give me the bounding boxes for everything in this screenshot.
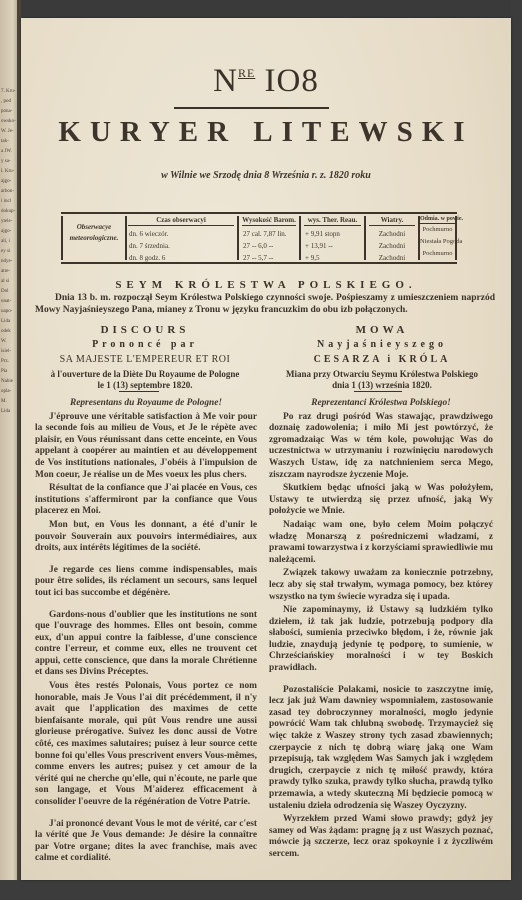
meteo-therm-col: wys. Ther. Reau. + 9,91 stopn + 13,91 --… [301, 216, 366, 260]
right-heading-mowa: MOWA [271, 324, 493, 336]
polish-speech-column: Reprezentanci Królestwa Polskiego! Po ra… [269, 398, 493, 863]
meteo-cell: + 9,91 stopn [301, 228, 364, 240]
left-column-rule [119, 391, 159, 392]
meteorological-table: Obserwacye meteorologiczne. Czas obserwa… [61, 212, 457, 264]
adjacent-page-line: i incl [1, 198, 17, 205]
meteo-cell: 27 -- 6,0 -- [239, 240, 299, 252]
meteo-header: Wysokość Barom. [242, 216, 296, 226]
meteo-sky-col: Odmia. w powie. Pochmurno Niestała Pogod… [420, 216, 457, 260]
left-heading-discours: DISCOURS [35, 324, 255, 336]
section-title: SEYM KRÓLESTWA POLSKIEGO. [21, 279, 511, 291]
french-paragraph: Mon but, en Vous les donnant, a été d'un… [35, 520, 257, 555]
adjacent-page-line: l. Kru- [1, 168, 17, 175]
background-edge-bottom [0, 880, 522, 900]
meteo-header: Wiatry. [369, 216, 415, 226]
issue-value: IO8 [265, 63, 319, 99]
adjacent-page-line: Pia [1, 368, 17, 375]
meteo-cell: Pochmurno [420, 224, 455, 236]
meteo-cell: Zachodni [366, 252, 418, 264]
meteo-cell: 27 -- 5,7 -- [239, 252, 299, 264]
dateline: w Wilnie we Srzodę dnia 8 Września r. z.… [21, 170, 511, 181]
meteo-header: Odmia. w powie. [420, 216, 455, 224]
meteo-cell: dn. 8 godz. 6 [125, 252, 237, 264]
adjacent-page-line: a JW. [1, 148, 17, 155]
left-heading-date: le 1 (13) septembre 1820. [35, 380, 255, 391]
meteo-label: Obserwacye meteorologiczne. [63, 216, 125, 244]
meteo-barom-col: Wysokość Barom. 27 cal. 7,87 lin. 27 -- … [239, 216, 301, 260]
adjacent-page-line: W. [1, 338, 17, 345]
meteo-cell: Zachodni [366, 228, 418, 240]
masthead-title: KURYER LITEWSKI [21, 116, 511, 149]
meteo-label-col: Obserwacye meteorologiczne. [61, 216, 127, 260]
adjacent-page-line: , pod [1, 98, 17, 105]
right-heading-occasion-line: Miana przy Otwarciu Seymu Królestwa Pols… [271, 369, 493, 380]
adjacent-page-line: tak- [1, 138, 17, 145]
meteo-cell: Pochmurno [420, 248, 455, 260]
adjacent-page-line: opla- [1, 388, 17, 395]
meteo-header: Czas obserwacyi [128, 216, 234, 226]
adjacent-page-line: pona- [1, 108, 17, 115]
polish-paragraph: Pozostaliście Polakami, nosicie to zaszc… [269, 685, 493, 813]
right-heading-occasion: Miana przy Otwarciu Seymu Królestwa Pols… [271, 369, 493, 391]
french-greeting: Representans du Royaume de Pologne! [35, 398, 257, 410]
adjacent-page-edge: 7. Kru-, podpona-owsko-W. Je-tak-a JW.y … [0, 0, 18, 900]
polish-paragraph: Nadaiąc wam one, było celem Moim połączy… [269, 520, 493, 566]
issue-number: NRE IO8 [21, 63, 511, 100]
adjacent-page-line: Dol [1, 288, 17, 295]
meteo-cell: Niestała Pogoda [420, 236, 455, 248]
adjacent-page-line: owsko- [1, 118, 17, 125]
adjacent-page-line: al si [1, 278, 17, 285]
polish-paragraph: Wyrzekłem przed Wami słowo prawdy; gdyż … [269, 814, 493, 860]
right-column-rule [354, 391, 402, 392]
issue-prefix: N [213, 63, 238, 99]
adjacent-page-line: Prz. [1, 358, 17, 365]
newspaper-page: NRE IO8 KURYER LITEWSKI w Wilnie we Srzo… [21, 18, 511, 880]
meteo-cell: dn. 6 wieczór. [125, 228, 237, 240]
adjacent-page-line: ajgo- [1, 178, 17, 185]
french-paragraph: Je regarde ces liens comme indispensable… [35, 565, 257, 600]
adjacent-page-line: ali, i [1, 238, 17, 245]
adjacent-page-line: ndye- [1, 258, 17, 265]
adjacent-page-line: uapo- [1, 308, 17, 315]
french-paragraph: J'éprouve une véritable satisfaction à M… [35, 412, 257, 482]
adjacent-page-line: dokup- [1, 208, 17, 215]
adjacent-page-line: Nabie [1, 378, 17, 385]
intro-paragraph: Dnia 13 b. m. rozpoczął Seym Królestwa P… [35, 292, 495, 316]
adjacent-page-line: ytele- [1, 218, 17, 225]
right-heading-cesarza: CESARZA i KRÓLA [271, 354, 493, 365]
adjacent-page-line: atre- [1, 268, 17, 275]
adjacent-page-line: M. [1, 398, 17, 405]
polish-paragraph: Po raz drugi pośród Was stawając, prawdz… [269, 412, 493, 482]
adjacent-page-line: 7. Kru- [1, 88, 17, 95]
polish-greeting: Reprezentanci Królestwa Polskiego! [269, 398, 493, 410]
right-heading-nayjasnieyszego: Nayjaśnieyszego [271, 339, 493, 350]
left-heading-occasion: à l'ouverture de la Diète Du Royaume de … [35, 369, 255, 391]
background-edge [511, 0, 522, 900]
polish-paragraph: Nie zapominaymy, iż Ustawy są ludzkiém t… [269, 605, 493, 675]
issue-sup: RE [238, 66, 255, 80]
french-paragraph: Vous êtes restés Polonais, Vous portez c… [35, 681, 257, 809]
french-speech-column: Representans du Royaume de Pologne! J'ép… [35, 398, 257, 867]
adjacent-page-line: unat- [1, 298, 17, 305]
meteo-cell: Zachodni [366, 240, 418, 252]
adjacent-page-line: ajgo- [1, 228, 17, 235]
meteo-wind-col: Wiatry. Zachodni Zachodni Zachodni [366, 216, 420, 260]
polish-paragraph: Skutkiem będąc ufności jaką w Was położy… [269, 483, 493, 518]
right-heading-date: dnia 1 (13) września 1820. [271, 380, 493, 391]
left-heading-occasion-line: à l'ouverture de la Diète Du Royaume de … [35, 369, 255, 380]
adjacent-page-line: y sa- [1, 158, 17, 165]
meteo-header: wys. Ther. Reau. [304, 216, 361, 226]
adjacent-page-line: Lida [1, 408, 17, 415]
adjacent-page-line: ey si [1, 248, 17, 255]
meteo-time-col: Czas obserwacyi dn. 6 wieczór. dn. 7 śrz… [125, 216, 239, 260]
french-paragraph: Résultat de la confiance que J'ai placée… [35, 483, 257, 518]
french-paragraph: Gardons-nous d'oublier que les instituti… [35, 610, 257, 680]
adjacent-page-line: arbon- [1, 188, 17, 195]
meteo-cell: + 13,91 -- [301, 240, 364, 252]
french-paragraph: J'ai prononcé devant Vous le mot de véri… [35, 819, 257, 865]
left-heading-prononce: Prononcé par [35, 339, 255, 350]
polish-paragraph: Związek takowy uważam za koniecznie potr… [269, 568, 493, 603]
meteo-cell: + 9,5 [301, 252, 364, 264]
left-heading-majeste: SA MAJESTE L'EMPEREUR ET ROI [35, 354, 255, 365]
adjacent-page-line: W. Je- [1, 128, 17, 135]
meteo-cell: 27 cal. 7,87 lin. [239, 228, 299, 240]
adjacent-page-line: odek [1, 328, 17, 335]
adjacent-page-line: Lida [1, 318, 17, 325]
meteo-cell: dn. 7 śrzednia. [125, 240, 237, 252]
adjacent-page-line: isiel- [1, 348, 17, 355]
title-rule [174, 107, 329, 109]
